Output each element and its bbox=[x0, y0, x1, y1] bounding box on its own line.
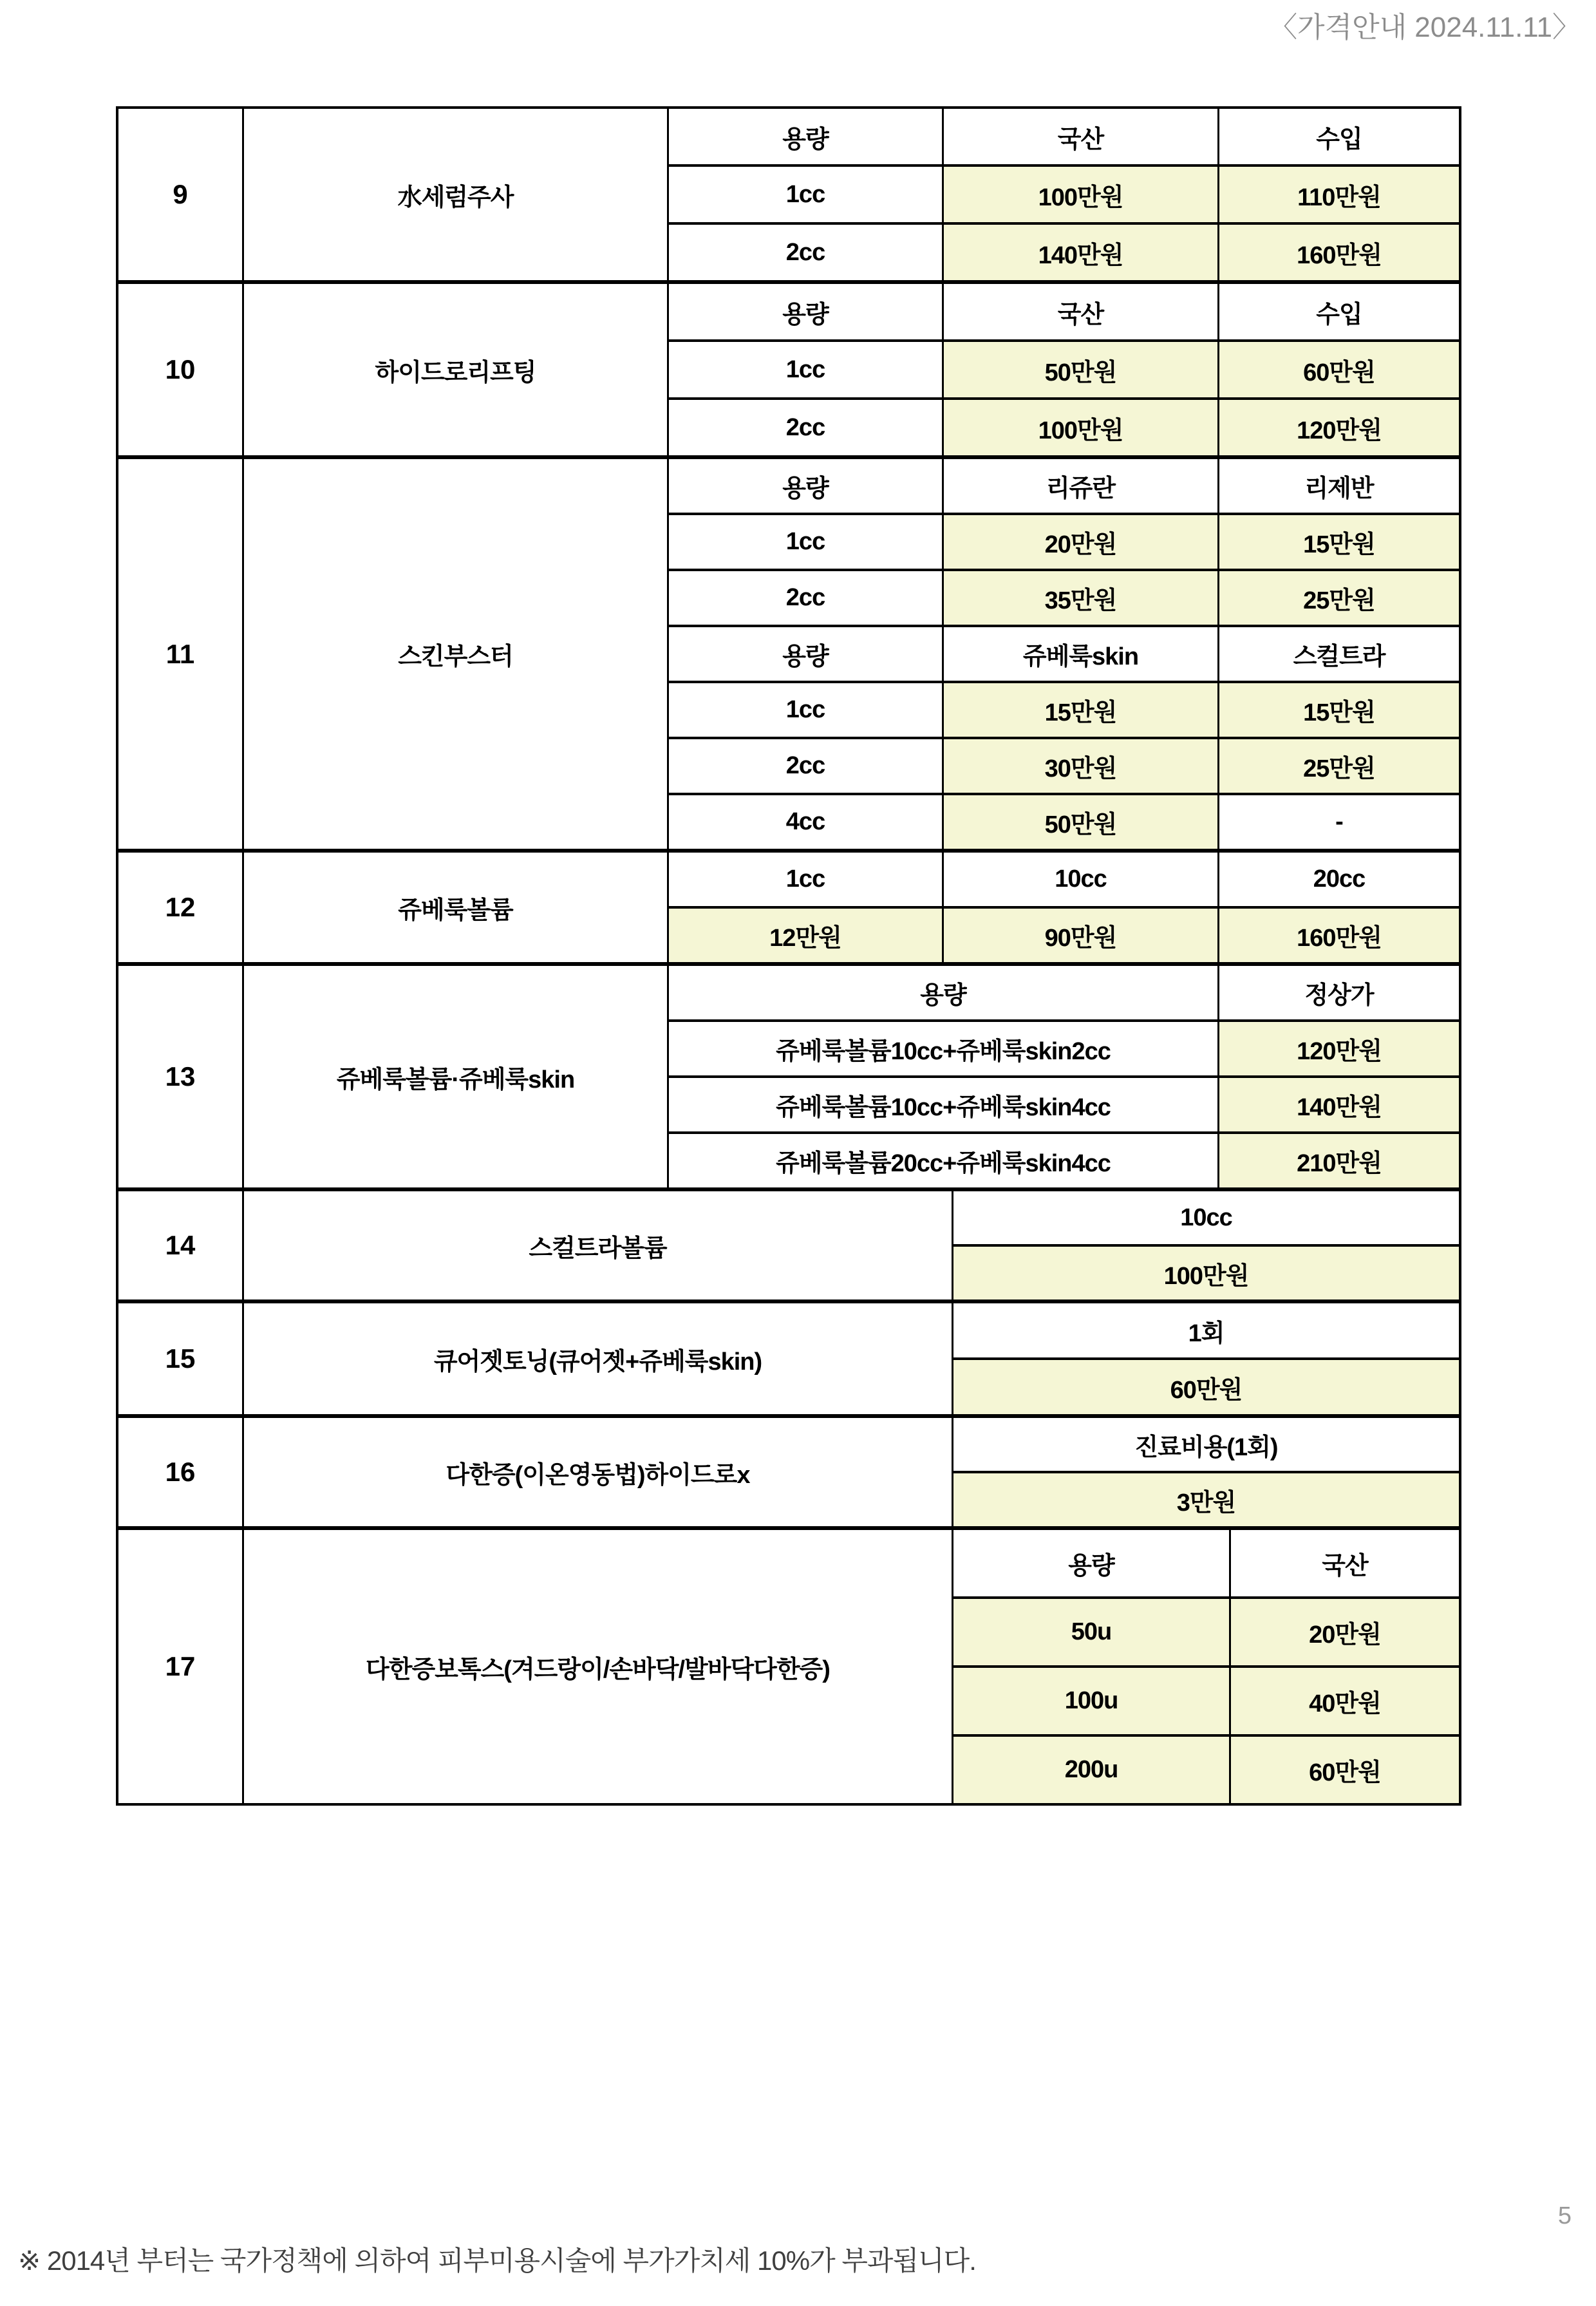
price-cell: 100만원 bbox=[942, 167, 1217, 222]
price-cell: 60만원 bbox=[953, 1360, 1459, 1414]
price-table: 9水세럼주사용량국산수입1cc100만원110만원2cc140만원160만원10… bbox=[116, 106, 1461, 1806]
table-row: 100u40만원 bbox=[953, 1665, 1459, 1734]
price-cell: 200u bbox=[953, 1737, 1229, 1803]
price-cell: 110만원 bbox=[1217, 167, 1459, 222]
table-section-17: 17다한증보톡스(겨드랑이/손바닥/발바닥다한증)용량국산50u20만원100u… bbox=[118, 1526, 1459, 1803]
label-cell: 국산 bbox=[1229, 1530, 1459, 1596]
section-values: 진료비용(1회)3만원 bbox=[953, 1418, 1459, 1526]
section-values: 용량정상가쥬베룩볼륨10cc+쥬베룩skin2cc120만원쥬베룩볼륨10cc+… bbox=[669, 966, 1459, 1187]
table-row: 용량리쥬란리제반 bbox=[669, 459, 1459, 513]
table-row: 2cc140만원160만원 bbox=[669, 222, 1459, 280]
treatment-name: 하이드로리프팅 bbox=[244, 284, 669, 455]
price-cell: 140만원 bbox=[942, 225, 1217, 280]
label-cell: 국산 bbox=[942, 284, 1217, 339]
label-cell: 1cc bbox=[669, 683, 942, 737]
label-cell: 용량 bbox=[669, 966, 1217, 1019]
table-row: 용량국산 bbox=[953, 1530, 1459, 1596]
section-number: 17 bbox=[118, 1530, 244, 1803]
label-cell: 쥬베룩볼륨20cc+쥬베룩skin4cc bbox=[669, 1134, 1217, 1187]
label-cell: 1cc bbox=[669, 515, 942, 569]
table-row: 쥬베룩볼륨10cc+쥬베룩skin4cc140만원 bbox=[669, 1075, 1459, 1131]
price-cell: 15만원 bbox=[1217, 683, 1459, 737]
price-cell: 35만원 bbox=[942, 571, 1217, 625]
table-row: 1cc20만원15만원 bbox=[669, 513, 1459, 569]
table-section-16: 16다한증(이온영동법)하이드로x진료비용(1회)3만원 bbox=[118, 1414, 1459, 1526]
label-cell: 20cc bbox=[1217, 853, 1459, 906]
label-cell: 쥬베룩볼륨10cc+쥬베룩skin4cc bbox=[669, 1078, 1217, 1131]
price-cell: 60만원 bbox=[1217, 342, 1459, 397]
table-row: 용량정상가 bbox=[669, 966, 1459, 1019]
price-cell: 210만원 bbox=[1217, 1134, 1459, 1187]
table-row: 용량쥬베룩skin스컬트라 bbox=[669, 625, 1459, 681]
section-number: 13 bbox=[118, 966, 244, 1187]
section-values: 용량리쥬란리제반1cc20만원15만원2cc35만원25만원용량쥬베룩skin스… bbox=[669, 459, 1459, 849]
table-section-15: 15큐어젯토닝(큐어젯+쥬베룩skin)1회60만원 bbox=[118, 1299, 1459, 1414]
price-cell: 12만원 bbox=[669, 909, 942, 962]
table-row: 쥬베룩볼륨20cc+쥬베룩skin4cc210만원 bbox=[669, 1131, 1459, 1187]
table-section-9: 9水세럼주사용량국산수입1cc100만원110만원2cc140만원160만원 bbox=[118, 109, 1459, 280]
section-number: 12 bbox=[118, 853, 244, 962]
price-cell: 60만원 bbox=[1229, 1737, 1459, 1803]
section-values: 10cc100만원 bbox=[953, 1191, 1459, 1299]
price-cell: 160만원 bbox=[1217, 909, 1459, 962]
label-cell: 2cc bbox=[669, 225, 942, 280]
table-row: 3만원 bbox=[953, 1471, 1459, 1526]
footer-note: ※ 2014년 부터는 국가정책에 의하여 피부미용시술에 부가가치세 10%가… bbox=[18, 2240, 976, 2278]
table-section-10: 10하이드로리프팅용량국산수입1cc50만원60만원2cc100만원120만원 bbox=[118, 280, 1459, 455]
price-cell: 25만원 bbox=[1217, 739, 1459, 793]
table-row: 진료비용(1회) bbox=[953, 1418, 1459, 1471]
label-cell: - bbox=[1217, 795, 1459, 849]
label-cell: 1cc bbox=[669, 853, 942, 906]
price-cell: 120만원 bbox=[1217, 400, 1459, 455]
table-row: 100만원 bbox=[953, 1244, 1459, 1299]
page-number: 5 bbox=[1558, 2202, 1572, 2230]
price-cell: 30만원 bbox=[942, 739, 1217, 793]
label-cell: 리제반 bbox=[1217, 459, 1459, 513]
price-cell: 100만원 bbox=[942, 400, 1217, 455]
price-cell: 50만원 bbox=[942, 342, 1217, 397]
section-values: 용량국산수입1cc100만원110만원2cc140만원160만원 bbox=[669, 109, 1459, 280]
table-row: 용량국산수입 bbox=[669, 284, 1459, 339]
price-cell: 15만원 bbox=[1217, 515, 1459, 569]
label-cell: 2cc bbox=[669, 400, 942, 455]
table-row: 50u20만원 bbox=[953, 1596, 1459, 1665]
treatment-name: 쥬베룩볼륨·쥬베룩skin bbox=[244, 966, 669, 1187]
label-cell: 용량 bbox=[669, 459, 942, 513]
table-row: 2cc30만원25만원 bbox=[669, 737, 1459, 793]
label-cell: 10cc bbox=[953, 1191, 1459, 1244]
label-cell: 용량 bbox=[669, 284, 942, 339]
label-cell: 리쥬란 bbox=[942, 459, 1217, 513]
label-cell: 국산 bbox=[942, 109, 1217, 164]
price-cell: 25만원 bbox=[1217, 571, 1459, 625]
table-section-14: 14스컬트라볼륨10cc100만원 bbox=[118, 1187, 1459, 1299]
treatment-name: 큐어젯토닝(큐어젯+쥬베룩skin) bbox=[244, 1303, 953, 1414]
section-values: 용량국산50u20만원100u40만원200u60만원 bbox=[953, 1530, 1459, 1803]
section-values: 1cc10cc20cc12만원90만원160만원 bbox=[669, 853, 1459, 962]
label-cell: 2cc bbox=[669, 739, 942, 793]
price-cell: 50u bbox=[953, 1599, 1229, 1665]
section-number: 16 bbox=[118, 1418, 244, 1526]
section-values: 1회60만원 bbox=[953, 1303, 1459, 1414]
treatment-name: 쥬베룩볼륨 bbox=[244, 853, 669, 962]
label-cell: 10cc bbox=[942, 853, 1217, 906]
label-cell: 1cc bbox=[669, 342, 942, 397]
section-values: 용량국산수입1cc50만원60만원2cc100만원120만원 bbox=[669, 284, 1459, 455]
table-row: 2cc100만원120만원 bbox=[669, 397, 1459, 455]
table-row: 1cc10cc20cc bbox=[669, 853, 1459, 906]
table-row: 2cc35만원25만원 bbox=[669, 569, 1459, 625]
price-cell: 100만원 bbox=[953, 1247, 1459, 1299]
table-row: 1cc50만원60만원 bbox=[669, 339, 1459, 397]
label-cell: 4cc bbox=[669, 795, 942, 849]
table-row: 용량국산수입 bbox=[669, 109, 1459, 164]
label-cell: 쥬베룩skin bbox=[942, 627, 1217, 681]
table-row: 1cc15만원15만원 bbox=[669, 681, 1459, 737]
treatment-name: 스킨부스터 bbox=[244, 459, 669, 849]
table-row: 10cc bbox=[953, 1191, 1459, 1244]
table-row: 60만원 bbox=[953, 1357, 1459, 1414]
treatment-name: 다한증(이온영동법)하이드로x bbox=[244, 1418, 953, 1526]
price-cell: 20만원 bbox=[1229, 1599, 1459, 1665]
treatment-name: 스컬트라볼륨 bbox=[244, 1191, 953, 1299]
price-cell: 160만원 bbox=[1217, 225, 1459, 280]
label-cell: 2cc bbox=[669, 571, 942, 625]
label-cell: 쥬베룩볼륨10cc+쥬베룩skin2cc bbox=[669, 1022, 1217, 1075]
price-cell: 90만원 bbox=[942, 909, 1217, 962]
table-row: 쥬베룩볼륨10cc+쥬베룩skin2cc120만원 bbox=[669, 1019, 1459, 1075]
label-cell: 용량 bbox=[953, 1530, 1229, 1596]
treatment-name: 水세럼주사 bbox=[244, 109, 669, 280]
label-cell: 1회 bbox=[953, 1303, 1459, 1357]
label-cell: 1cc bbox=[669, 167, 942, 222]
table-row: 1회 bbox=[953, 1303, 1459, 1357]
table-row: 200u60만원 bbox=[953, 1734, 1459, 1803]
label-cell: 정상가 bbox=[1217, 966, 1459, 1019]
price-cell: 15만원 bbox=[942, 683, 1217, 737]
table-row: 1cc100만원110만원 bbox=[669, 164, 1459, 222]
treatment-name: 다한증보톡스(겨드랑이/손바닥/발바닥다한증) bbox=[244, 1530, 953, 1803]
section-number: 11 bbox=[118, 459, 244, 849]
price-cell: 120만원 bbox=[1217, 1022, 1459, 1075]
price-cell: 40만원 bbox=[1229, 1668, 1459, 1734]
price-cell: 3만원 bbox=[953, 1473, 1459, 1526]
price-cell: 50만원 bbox=[942, 795, 1217, 849]
label-cell: 수입 bbox=[1217, 109, 1459, 164]
label-cell: 수입 bbox=[1217, 284, 1459, 339]
label-cell: 용량 bbox=[669, 627, 942, 681]
page-title: 〈가격안내 2024.11.11〉 bbox=[1269, 4, 1581, 45]
document-page: 〈가격안내 2024.11.11〉 9水세럼주사용량국산수입1cc100만원11… bbox=[0, 0, 1596, 2306]
table-section-13: 13쥬베룩볼륨·쥬베룩skin용량정상가쥬베룩볼륨10cc+쥬베룩skin2cc… bbox=[118, 962, 1459, 1187]
label-cell: 스컬트라 bbox=[1217, 627, 1459, 681]
table-row: 4cc50만원- bbox=[669, 793, 1459, 849]
section-number: 15 bbox=[118, 1303, 244, 1414]
label-cell: 용량 bbox=[669, 109, 942, 164]
section-number: 14 bbox=[118, 1191, 244, 1299]
table-row: 12만원90만원160만원 bbox=[669, 906, 1459, 962]
table-section-12: 12쥬베룩볼륨1cc10cc20cc12만원90만원160만원 bbox=[118, 849, 1459, 962]
section-number: 9 bbox=[118, 109, 244, 280]
section-number: 10 bbox=[118, 284, 244, 455]
price-cell: 100u bbox=[953, 1668, 1229, 1734]
price-cell: 140만원 bbox=[1217, 1078, 1459, 1131]
price-cell: 20만원 bbox=[942, 515, 1217, 569]
table-section-11: 11스킨부스터용량리쥬란리제반1cc20만원15만원2cc35만원25만원용량쥬… bbox=[118, 455, 1459, 849]
label-cell: 진료비용(1회) bbox=[953, 1418, 1459, 1471]
